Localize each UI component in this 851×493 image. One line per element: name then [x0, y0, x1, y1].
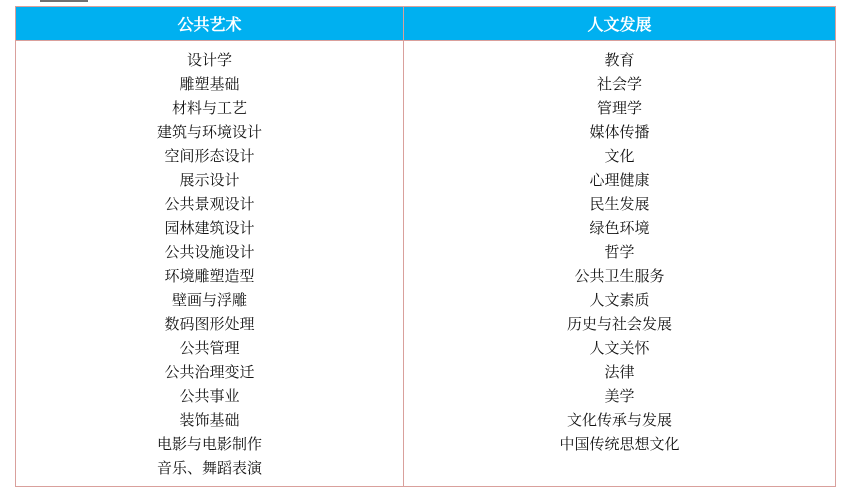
list-item: 环境雕塑造型: [16, 264, 403, 288]
list-item: 壁画与浮雕: [16, 288, 403, 312]
list-item: 媒体传播: [404, 120, 835, 144]
list-item: 文化: [404, 144, 835, 168]
list-item: 园林建筑设计: [16, 216, 403, 240]
list-item: 哲学: [404, 240, 835, 264]
list-item: 电影与电影制作: [16, 432, 403, 456]
table-header-row: 公共艺术 人文发展: [16, 7, 836, 41]
list-item: 材料与工艺: [16, 96, 403, 120]
list-item: 人文关怀: [404, 336, 835, 360]
list-item: 公共设施设计: [16, 240, 403, 264]
list-item: 美学: [404, 384, 835, 408]
list-item: 中国传统思想文化: [404, 432, 835, 456]
list-item: 数码图形处理: [16, 312, 403, 336]
cutoff-heading-text: [40, 0, 88, 2]
humanities-cell: 教育 社会学 管理学 媒体传播 文化 心理健康 民生发展 绿色环境 哲学 公共卫…: [404, 41, 836, 487]
list-item: 公共治理变迁: [16, 360, 403, 384]
list-item: 空间形态设计: [16, 144, 403, 168]
list-item: 公共事业: [16, 384, 403, 408]
list-item: 装饰基础: [16, 408, 403, 432]
list-item: 音乐、舞蹈表演: [16, 456, 403, 480]
list-item: 建筑与环境设计: [16, 120, 403, 144]
public-art-cell: 设计学 雕塑基础 材料与工艺 建筑与环境设计 空间形态设计 展示设计 公共景观设…: [16, 41, 404, 487]
column-header-public-art: 公共艺术: [16, 7, 404, 41]
list-item: 公共景观设计: [16, 192, 403, 216]
list-item: 管理学: [404, 96, 835, 120]
list-item: 展示设计: [16, 168, 403, 192]
list-item: 法律: [404, 360, 835, 384]
list-item: 历史与社会发展: [404, 312, 835, 336]
list-item: 绿色环境: [404, 216, 835, 240]
majors-table: 公共艺术 人文发展 设计学 雕塑基础 材料与工艺 建筑与环境设计 空间形态设计 …: [15, 6, 836, 487]
list-item: 公共卫生服务: [404, 264, 835, 288]
list-item: 文化传承与发展: [404, 408, 835, 432]
list-item: 教育: [404, 48, 835, 72]
list-item: 雕塑基础: [16, 72, 403, 96]
list-item: 公共管理: [16, 336, 403, 360]
list-item: 社会学: [404, 72, 835, 96]
column-header-humanities: 人文发展: [404, 7, 836, 41]
list-item: 设计学: [16, 48, 403, 72]
list-item: 人文素质: [404, 288, 835, 312]
list-item: 心理健康: [404, 168, 835, 192]
table-body-row: 设计学 雕塑基础 材料与工艺 建筑与环境设计 空间形态设计 展示设计 公共景观设…: [16, 41, 836, 487]
list-item: 民生发展: [404, 192, 835, 216]
